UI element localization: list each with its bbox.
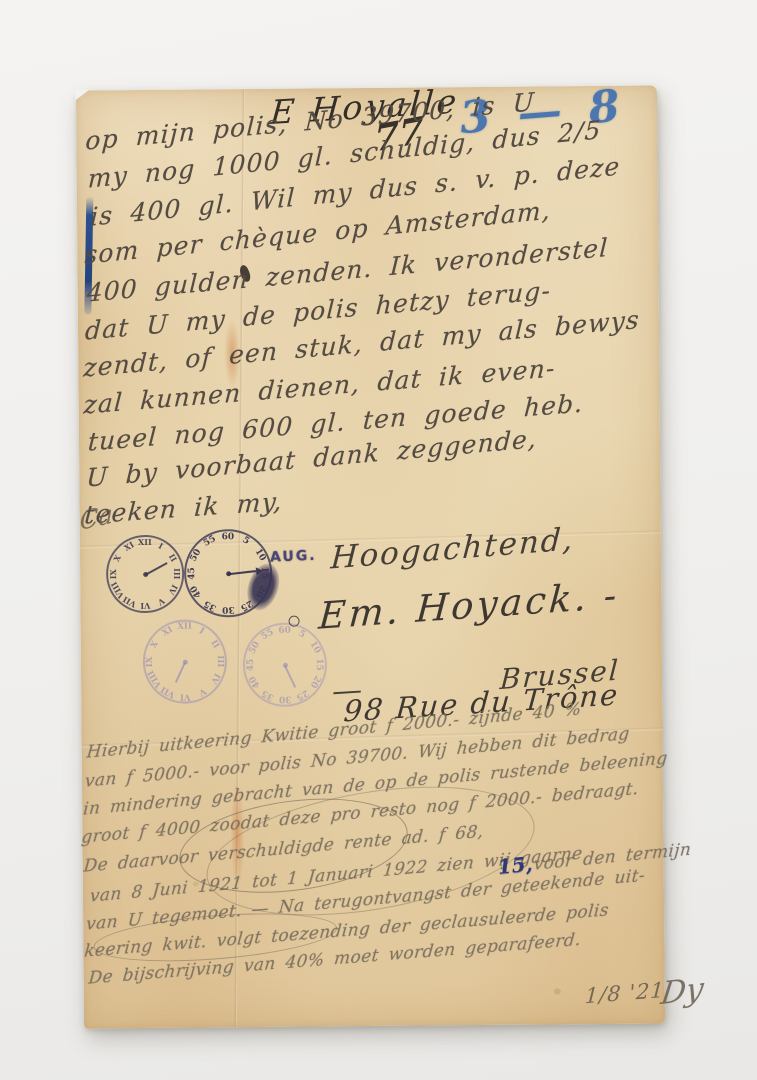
- clock-pivot: [282, 662, 287, 667]
- clock-hand: [284, 665, 296, 688]
- postmark-clock-roman-faint: XIIIIIIIIIVVVIVIIVIIIIXXXI: [143, 619, 228, 704]
- dial-numeral: 40: [189, 584, 204, 600]
- dial-numeral: 45: [187, 567, 197, 580]
- dial-numeral: X: [149, 639, 161, 650]
- dial-numeral: V: [197, 686, 208, 698]
- closing-salutation: Hoogachtend,: [330, 521, 576, 576]
- dial-numeral: I: [198, 626, 206, 637]
- dial-numeral: I: [157, 541, 165, 552]
- dial-numeral: 5: [241, 536, 251, 548]
- dial-numeral: IX: [145, 657, 155, 668]
- dial-numeral: X: [111, 553, 123, 563]
- clock-pivot: [143, 571, 148, 576]
- dial-numeral: 10: [252, 547, 267, 563]
- clock-hand: [175, 662, 186, 683]
- dial-numeral: 30: [279, 694, 292, 704]
- dial-numeral: 50: [189, 547, 204, 563]
- dial-numeral: V: [156, 596, 166, 608]
- dial-numeral: IV: [208, 672, 222, 686]
- postmark-clock-minutes-faint: 60510152025303540455055: [243, 622, 328, 707]
- dial-numeral: VII: [159, 684, 177, 700]
- dial-numeral: 15: [314, 658, 324, 671]
- dial-numeral: 45: [245, 659, 255, 672]
- small-circle-mark: [289, 616, 300, 627]
- dial-numeral: 10: [307, 639, 322, 655]
- dial-numeral: 35: [260, 687, 276, 702]
- dial-numeral: XI: [122, 540, 136, 554]
- postmark-month-aug: AUG.: [270, 548, 317, 566]
- dial-numeral: II: [167, 552, 179, 564]
- dial-numeral: 5: [297, 629, 307, 641]
- torn-corner: [75, 89, 90, 100]
- fox-spot-1: [554, 988, 561, 994]
- clock-pivot: [182, 659, 187, 664]
- dial-numeral: 50: [248, 640, 263, 656]
- dial-numeral: XII: [177, 622, 192, 632]
- photo-backdrop: E Hoyalle 3 — 8 77 op mijn polis, No 397…: [0, 0, 757, 1080]
- postmark-clock-roman-dark: XIIIIIIIIIVVVIVIIVIIIIXXXI: [106, 535, 185, 614]
- dial-numeral: 20: [307, 674, 322, 690]
- dial-numeral: VI: [140, 601, 150, 611]
- clock-pivot: [226, 571, 231, 576]
- dial-numeral: III: [215, 655, 225, 667]
- dial-numeral: 40: [248, 674, 263, 690]
- clock-hand: [145, 562, 168, 576]
- dial-numeral: III: [172, 568, 182, 579]
- dial-numeral: 55: [260, 628, 276, 643]
- dial-numeral: 25: [294, 687, 310, 702]
- dial-numeral: XI: [160, 625, 174, 639]
- dial-numeral: IV: [166, 583, 180, 597]
- letter-paper: E Hoyalle 3 — 8 77 op mijn polis, No 397…: [76, 85, 665, 1028]
- dial-numeral: VI: [180, 691, 191, 701]
- dial-numeral: II: [208, 638, 221, 650]
- dial-numeral: XII: [138, 537, 152, 547]
- letter-line: teeken ik my,: [83, 487, 283, 530]
- blue-interest-digits: 15,: [497, 852, 534, 879]
- paraph-flourish: Dy: [659, 971, 706, 1013]
- dial-numeral: IX: [108, 569, 118, 579]
- signature: Em. Hoyack. -: [317, 573, 621, 637]
- date-initials: 1/8 '21: [584, 978, 665, 1008]
- dial-numeral: 60: [278, 625, 291, 635]
- dial-numeral: 60: [222, 532, 235, 542]
- dial-numeral: 30: [222, 605, 235, 615]
- dial-numeral: 35: [202, 597, 218, 612]
- pencil-scribble: Ca: [80, 499, 113, 536]
- dial-numeral: 55: [202, 534, 218, 549]
